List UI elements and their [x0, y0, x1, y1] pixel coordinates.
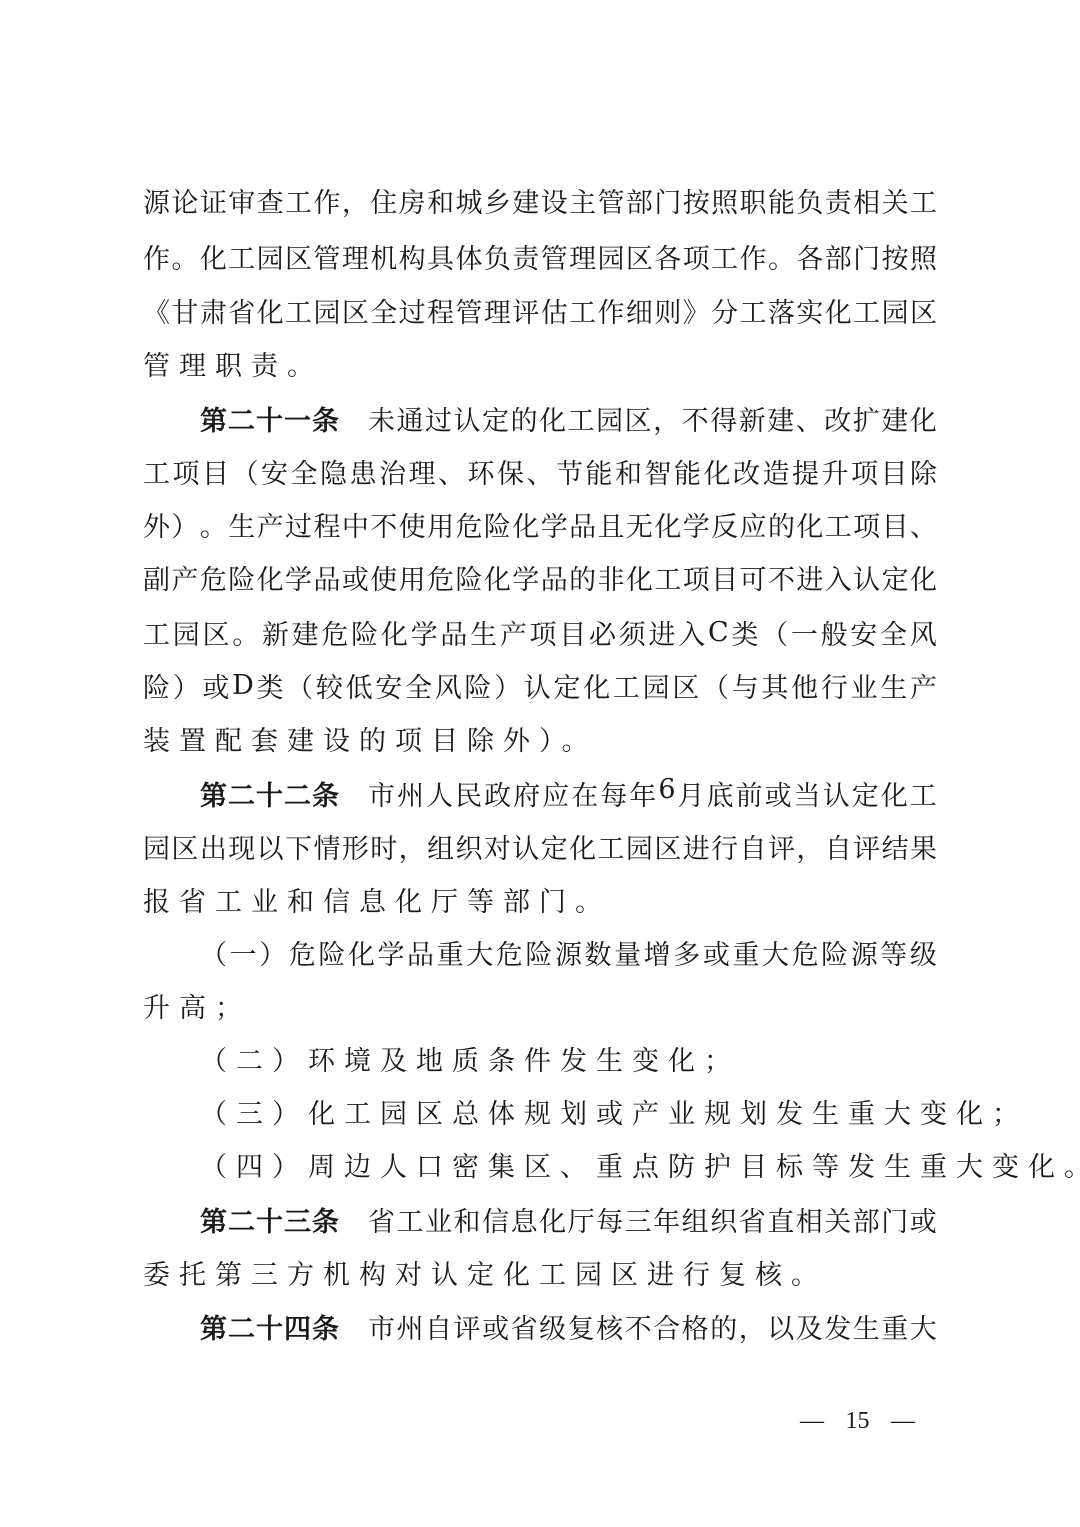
- text-line: 《甘肃省化工园区全过程管理评估工作细则》分工落实化工园区: [143, 290, 937, 330]
- page-dash-right: —: [891, 1408, 915, 1435]
- page-number-value: 15: [846, 1408, 870, 1435]
- text-line: 管理职责。: [143, 343, 937, 383]
- document-page: 源论证审查工作，住房和城乡建设主管部门按照职能负责相关工 作。化工园区管理机构具…: [0, 0, 1080, 1527]
- list-item: （二）环境及地质条件发生变化；: [200, 1038, 937, 1078]
- article-23-first-line: 第二十三条 省工业和信息化厅每三年组织省直相关部门或: [200, 1199, 937, 1239]
- list-item: （一）危险化学品重大危险源数量增多或重大危险源等级: [200, 932, 937, 972]
- article-21-first-line: 第二十一条 未通过认定的化工园区，不得新建、改扩建化: [200, 398, 937, 438]
- page-number: — 15 —: [800, 1408, 915, 1435]
- text-line: 装置配套建设的项目除外）。: [143, 718, 937, 758]
- text-line: 工项目（安全隐患治理、环保、节能和智能化改造提升项目除: [143, 451, 937, 491]
- text-line: 源论证审查工作，住房和城乡建设主管部门按照职能负责相关工: [143, 180, 937, 220]
- list-item: （三）化工园区总体规划或产业规划发生重大变化；: [200, 1091, 937, 1131]
- text-line: 园区出现以下情形时，组织对认定化工园区进行自评，自评结果: [143, 826, 937, 866]
- article-label: 第二十二条: [200, 774, 340, 813]
- article-label: 第二十四条: [200, 1307, 340, 1346]
- article-22-first-line: 第二十二条 市州人民政府应在每年6月底前或当认定化工: [200, 773, 937, 813]
- text-line: 副产危险化学品或使用危险化学品的非化工项目可不进入认定化: [143, 557, 937, 597]
- article-text: 市州人民政府应在每年6月底前或当认定化工: [368, 774, 937, 813]
- text-line: 外）。生产过程中不使用危险化学品且无化学反应的化工项目、: [143, 504, 937, 544]
- text-line: 作。化工园区管理机构具体负责管理园区各项工作。各部门按照: [143, 236, 937, 276]
- list-item: （四）周边人口密集区、重点防护目标等发生重大变化。: [200, 1144, 937, 1184]
- text-line: 险）或D类（较低安全风险）认定化工园区（与其他行业生产: [143, 665, 937, 705]
- article-label: 第二十三条: [200, 1200, 340, 1239]
- page-dash-left: —: [800, 1408, 824, 1435]
- list-item-continuation: 升高；: [143, 985, 937, 1025]
- article-label: 第二十一条: [200, 399, 340, 438]
- text-line: 报省工业和信息化厅等部门。: [143, 879, 937, 919]
- article-text: 未通过认定的化工园区，不得新建、改扩建化: [368, 399, 937, 438]
- article-text: 省工业和信息化厅每三年组织省直相关部门或: [368, 1200, 937, 1239]
- article-text: 市州自评或省级复核不合格的，以及发生重大: [368, 1307, 937, 1346]
- text-line: 委托第三方机构对认定化工园区进行复核。: [143, 1252, 937, 1292]
- article-24-first-line: 第二十四条 市州自评或省级复核不合格的，以及发生重大: [200, 1306, 937, 1346]
- text-line: 工园区。新建危险化学品生产项目必须进入C类（一般安全风: [143, 612, 937, 652]
